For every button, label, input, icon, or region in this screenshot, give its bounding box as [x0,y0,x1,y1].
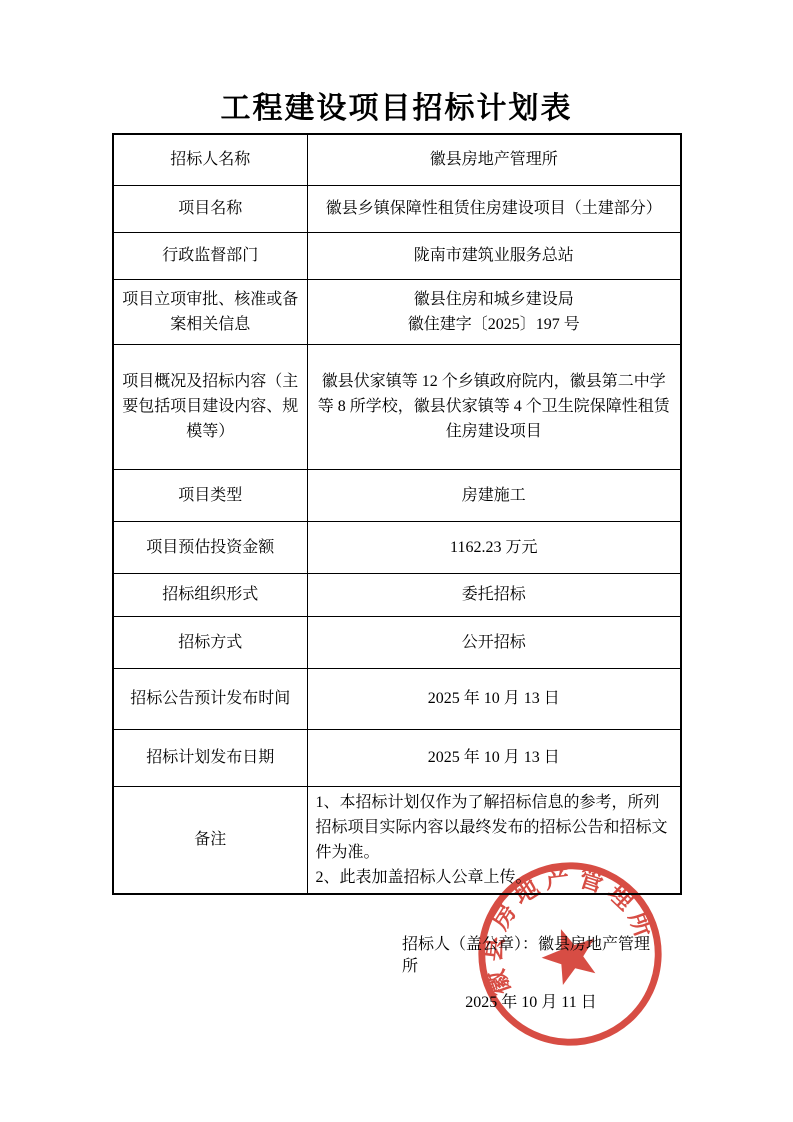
row-label: 招标公告预计发布时间 [113,668,307,729]
document-page: 工程建设项目招标计划表 招标人名称徽县房地产管理所项目名称徽县乡镇保障性租赁住房… [0,0,793,1122]
row-value: 徽县伏家镇等 12 个乡镇政府院内，徽县第二中学等 8 所学校，徽县伏家镇等 4… [307,344,681,469]
table-row: 招标组织形式委托招标 [113,573,681,616]
signer-line: 招标人（盖公章）：徽县房地产管理所 [402,934,660,978]
row-value: 2025 年 10 月 13 日 [307,668,681,729]
row-label: 招标组织形式 [113,573,307,616]
signature-date-line: 2025 年 10 月 11 日 [402,992,660,1014]
table-row: 项目概况及招标内容（主要包括项目建设内容、规模等）徽县伏家镇等 12 个乡镇政府… [113,344,681,469]
row-value: 2025 年 10 月 13 日 [307,729,681,786]
table-row: 项目立项审批、核准或备案相关信息徽县住房和城乡建设局 徽住建字〔2025〕197… [113,279,681,344]
row-value: 徽县乡镇保障性租赁住房建设项目（土建部分） [307,185,681,232]
row-value: 徽县房地产管理所 [307,134,681,185]
row-label: 招标方式 [113,616,307,668]
table-row: 招标计划发布日期2025 年 10 月 13 日 [113,729,681,786]
row-value: 房建施工 [307,469,681,521]
table-row: 招标公告预计发布时间2025 年 10 月 13 日 [113,668,681,729]
row-value: 委托招标 [307,573,681,616]
row-label: 项目立项审批、核准或备案相关信息 [113,279,307,344]
row-value: 1、本招标计划仅作为了解招标信息的参考，所列招标项目实际内容以最终发布的招标公告… [307,786,681,894]
row-label: 项目预估投资金额 [113,521,307,573]
table-row: 备注1、本招标计划仅作为了解招标信息的参考，所列招标项目实际内容以最终发布的招标… [113,786,681,894]
row-label: 项目类型 [113,469,307,521]
row-label: 招标计划发布日期 [113,729,307,786]
table-row: 项目预估投资金额1162.23 万元 [113,521,681,573]
table-body: 招标人名称徽县房地产管理所项目名称徽县乡镇保障性租赁住房建设项目（土建部分）行政… [113,134,681,894]
table-row: 行政监督部门陇南市建筑业服务总站 [113,232,681,279]
signature-block: 招标人（盖公章）：徽县房地产管理所 2025 年 10 月 11 日 [402,934,660,1014]
row-label: 项目概况及招标内容（主要包括项目建设内容、规模等） [113,344,307,469]
table-row: 项目名称徽县乡镇保障性租赁住房建设项目（土建部分） [113,185,681,232]
table-row: 招标人名称徽县房地产管理所 [113,134,681,185]
row-value: 徽县住房和城乡建设局 徽住建字〔2025〕197 号 [307,279,681,344]
row-label: 备注 [113,786,307,894]
row-value: 1162.23 万元 [307,521,681,573]
row-label: 招标人名称 [113,134,307,185]
page-title: 工程建设项目招标计划表 [0,0,793,128]
row-label: 行政监督部门 [113,232,307,279]
row-label: 项目名称 [113,185,307,232]
row-value: 公开招标 [307,616,681,668]
row-value: 陇南市建筑业服务总站 [307,232,681,279]
table-row: 项目类型房建施工 [113,469,681,521]
table-row: 招标方式公开招标 [113,616,681,668]
bidding-plan-table: 招标人名称徽县房地产管理所项目名称徽县乡镇保障性租赁住房建设项目（土建部分）行政… [112,133,682,895]
